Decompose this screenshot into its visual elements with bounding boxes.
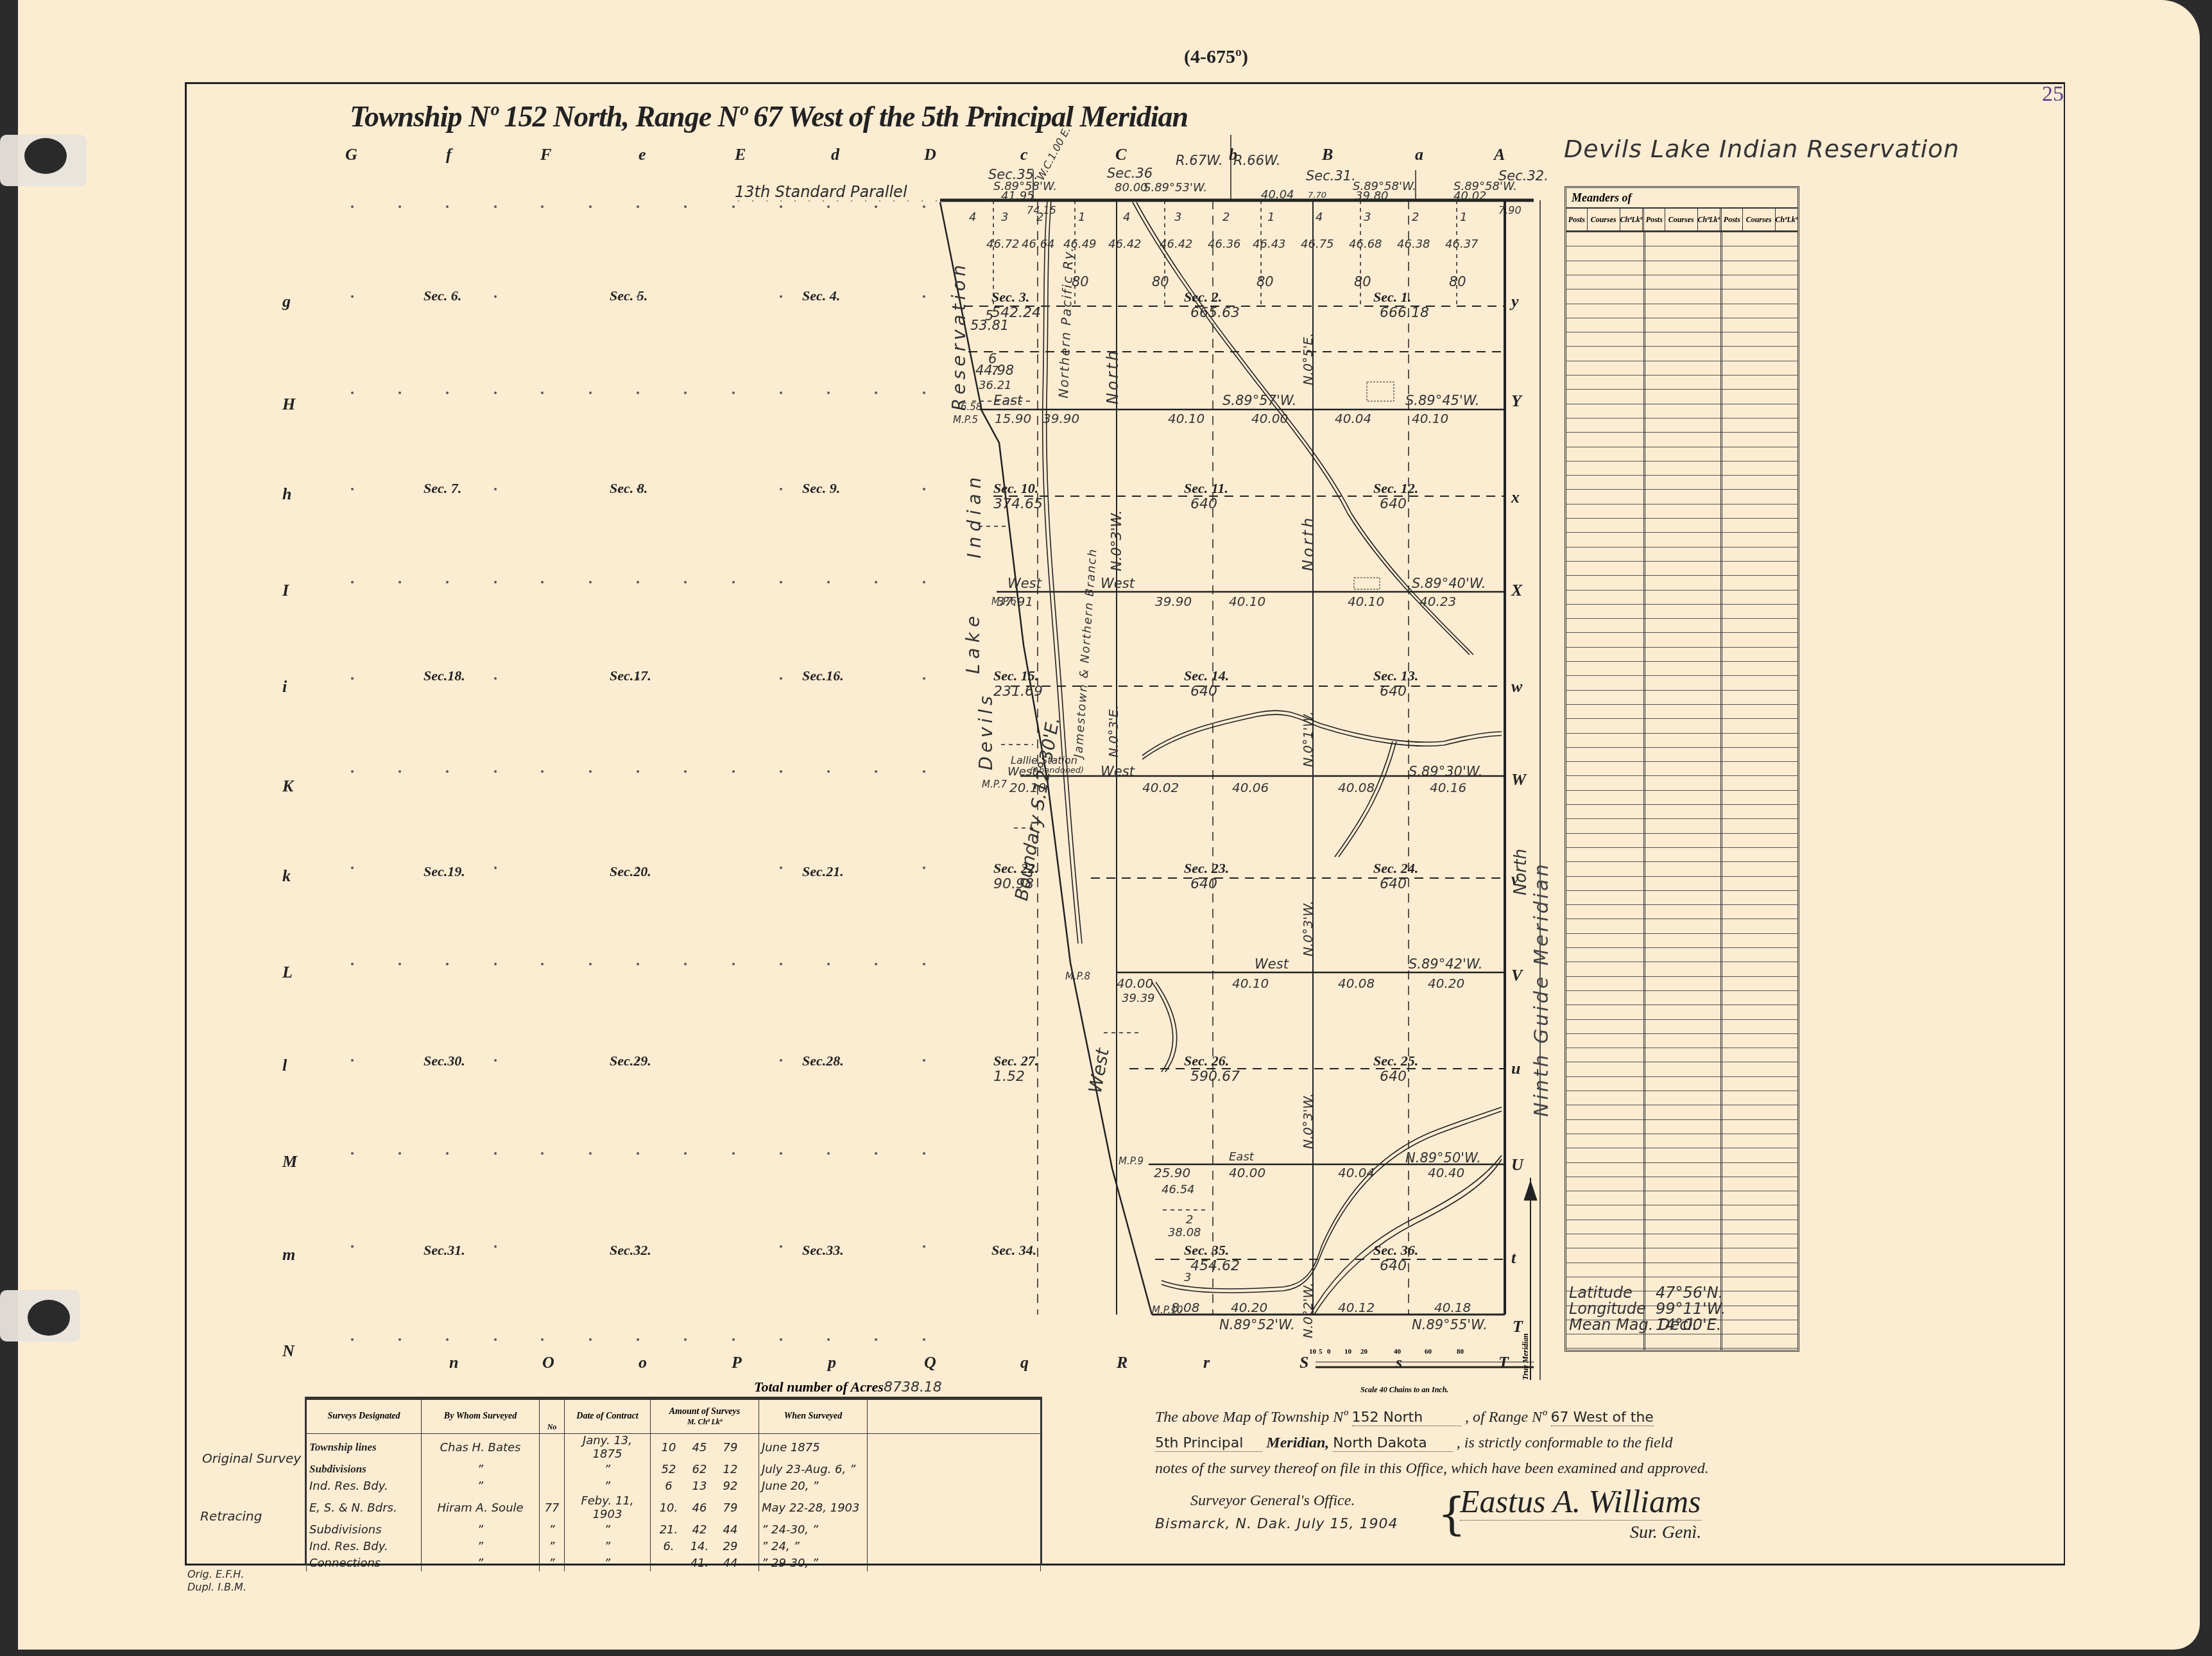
meanders-row-line (1566, 1148, 1797, 1148)
meanders-row-line (1566, 1205, 1797, 1205)
section-label: Sec. 23. (1184, 860, 1229, 877)
meanders-row-line (1566, 575, 1797, 576)
section-label: Sec.32. (610, 1242, 651, 1259)
distance-label: 40.10 (1168, 411, 1205, 426)
north-label-1: North (1104, 349, 1122, 404)
standard-parallel-label: 13th Standard Parallel (735, 183, 907, 201)
certificate-line-3: notes of the survey thereof on file in t… (1155, 1460, 1709, 1478)
meanders-row-line (1566, 1062, 1797, 1062)
line-y-bearing-right: S.89°45'W. (1405, 393, 1479, 408)
meanders-col-header: Posts (1566, 209, 1588, 230)
section-label: Sec. 14. (1184, 668, 1229, 684)
amount-ch: 14. (684, 1540, 715, 1553)
amount-ch: 62 (684, 1463, 715, 1476)
n03w-label-2: N.0°3'W. (1300, 901, 1316, 956)
n03e-label: N.0°3'E. (1106, 705, 1121, 757)
lot-acres: 46.42 (1108, 237, 1142, 251)
amount-sublabel: M. Chª Lkª (653, 1417, 756, 1427)
retracing-label: Retracing (200, 1508, 262, 1524)
section-acres: 665.63 (1190, 305, 1240, 321)
amount-m: 6 (653, 1479, 684, 1493)
lot-number: 4 (1316, 211, 1323, 224)
amount-m: 21. (653, 1523, 684, 1537)
meanders-divider (1720, 232, 1722, 1350)
lot5-acres: 53.81 (970, 318, 1009, 333)
survey-when: ” 24-30, ” (759, 1521, 868, 1538)
survey-designated: Connections (307, 1555, 422, 1571)
meanders-col-header: Posts (1722, 209, 1743, 230)
meanders-col-header: Courses (1665, 209, 1698, 230)
survey-when: June 20, ” (759, 1478, 868, 1494)
meanders-col-header: Posts (1644, 209, 1665, 230)
meanders-row-line (1566, 418, 1797, 418)
survey-by: ” (422, 1521, 540, 1538)
meanders-row-line (1566, 1134, 1797, 1134)
section-label: Sec.19. (424, 863, 465, 880)
meanders-title: Meanders of (1566, 188, 1797, 209)
sec35-lot2: 2 (1186, 1213, 1193, 1227)
survey-by: ” (422, 1461, 540, 1478)
range-66w-label: R.66W. (1233, 153, 1281, 168)
meanders-table: Meanders of PostsCoursesChªLkªPostsCours… (1565, 186, 1799, 1352)
scale-tick: 0 (1327, 1348, 1331, 1356)
dist-4: 39.80 (1355, 189, 1389, 203)
meanders-row-line (1566, 504, 1797, 505)
corner-dist-right: 7.90 (1498, 204, 1522, 216)
section-label: Sec. 26. (1184, 1053, 1229, 1069)
meanders-row-line (1566, 861, 1797, 862)
survey-date: Jany. 13, 1875 (565, 1434, 651, 1462)
lot-number: 2 (1222, 211, 1230, 224)
distance-label: 40.04 (1338, 1165, 1375, 1180)
section-label: Sec. 36. (1373, 1242, 1418, 1259)
section-label: Sec. 4. (802, 288, 840, 304)
survey-no (540, 1461, 565, 1478)
meanders-row-line (1566, 432, 1797, 433)
amount-lk: 44 (715, 1523, 746, 1537)
section-label: Sec. 6. (424, 288, 461, 304)
lot-acres: 46.75 (1301, 237, 1334, 251)
meanders-row-line (1566, 804, 1797, 805)
north-label-2: North (1299, 515, 1317, 571)
section-acres: 640 (1190, 496, 1217, 512)
surveyor-general-title: Sur. Genì. (1630, 1522, 1701, 1543)
original-survey-label: Original Survey (202, 1451, 301, 1466)
meanders-row-line (1566, 704, 1797, 705)
meanders-row-line (1566, 346, 1797, 347)
survey-amount: 41.44 (651, 1555, 759, 1571)
lot-acres: 46.68 (1349, 237, 1382, 251)
sec36-top-label: Sec.36 (1107, 166, 1153, 181)
dist-3: 40.04 (1261, 188, 1294, 202)
meanders-row-line (1566, 976, 1797, 977)
meanders-row-line (1566, 933, 1797, 934)
meanders-row-line (1566, 604, 1797, 605)
distance-label: 39.90 (1155, 594, 1192, 609)
section-label: Sec.18. (424, 668, 465, 684)
meanders-row-line (1566, 962, 1797, 962)
lot7-acres: 36.21 (979, 379, 1012, 392)
meanders-row-line (1566, 1334, 1797, 1334)
survey-date: ” (565, 1461, 651, 1478)
section-label: Sec. 24. (1373, 860, 1418, 877)
section-acres: 231.69 (993, 684, 1043, 700)
survey-designated: Ind. Res. Bdy. (307, 1478, 422, 1494)
distance-label: 37.91 (997, 594, 1033, 609)
distance-label: 40.20 (1231, 1300, 1267, 1315)
section-acres: 640 (1190, 876, 1217, 892)
meanders-divider (1643, 232, 1645, 1350)
section-label: Sec. 2. (1184, 289, 1222, 306)
lot-number: 3 (1001, 211, 1008, 224)
true-meridian-label: True Meridian (1521, 1333, 1530, 1380)
meanders-row-line (1566, 1005, 1797, 1005)
lot-acres: 46.38 (1397, 237, 1430, 251)
amount-m: 10. (653, 1501, 684, 1515)
survey-no: ” (540, 1555, 565, 1571)
section-label: Sec.33. (802, 1242, 844, 1259)
line-s-bearing-left: N.89°52'W. (1219, 1317, 1295, 1333)
header-surveys-designated: Surveys Designated (307, 1400, 422, 1434)
line-u-bearing: N.89°50'W. (1405, 1150, 1481, 1166)
meanders-row-line (1566, 990, 1797, 991)
line-u-mp: M.P.9 (1119, 1155, 1144, 1167)
eighty-acres: 80 (1354, 274, 1371, 289)
eighty-acres: 80 (1256, 274, 1274, 289)
survey-date: ” (565, 1555, 651, 1571)
section-label: Sec. 10. (993, 480, 1038, 497)
distance-label: 39.90 (1043, 411, 1079, 426)
header-amount: Amount of SurveysM. Chª Lkª (651, 1400, 759, 1434)
survey-by: ” (422, 1538, 540, 1555)
longitude-label: Longitude (1569, 1300, 1646, 1318)
amount-ch: 13 (684, 1479, 715, 1493)
section-acres: 640 (1380, 1258, 1407, 1274)
meanders-row-line (1566, 876, 1797, 877)
header-when-surveyed: When Surveyed (759, 1400, 868, 1434)
distance-label: 8.08 (1171, 1300, 1200, 1315)
meanders-row-line (1566, 1191, 1797, 1191)
survey-amount: 526212 (651, 1461, 759, 1478)
survey-row: E, S. & N. Bdrs.Hiram A. Soule77Feby. 11… (307, 1494, 1041, 1521)
meanders-row-line (1566, 1048, 1797, 1048)
meanders-col-header: Courses (1743, 209, 1776, 230)
distance-label: 40.23 (1419, 594, 1456, 609)
distance-label: 40.16 (1430, 780, 1466, 795)
meanders-row-line (1566, 246, 1797, 246)
section-label: Sec. 1. (1373, 289, 1411, 306)
meanders-col-header: Courses (1588, 209, 1620, 230)
amount-lk: 29 (715, 1540, 746, 1553)
lot-number: 1 (1460, 211, 1467, 224)
meanders-row-line (1566, 675, 1797, 676)
survey-by: Chas H. Bates (422, 1434, 540, 1462)
sec35-lot3: 3 (1184, 1271, 1191, 1284)
meanders-row-line (1566, 289, 1797, 289)
distance-label: 40.00 (1117, 976, 1153, 991)
latitude-value: 47°56'N. (1656, 1284, 1723, 1302)
survey-when: ” 29-30, ” (759, 1555, 868, 1571)
sec35-lot2-acres: 38.08 (1168, 1226, 1201, 1239)
meanders-row-line (1566, 404, 1797, 404)
amount-lk: 79 (715, 1501, 746, 1515)
section-label: Sec. 5. (610, 288, 647, 304)
lot-acres: 46.72 (986, 237, 1020, 251)
dist-1: 41.95 (1001, 189, 1034, 203)
meanders-row-line (1566, 447, 1797, 447)
meanders-row-line (1566, 1162, 1797, 1163)
survey-no: 77 (540, 1494, 565, 1521)
survey-row: Ind. Res. Bdy.””61392June 20, ” (307, 1478, 1041, 1494)
survey-by: Hiram A. Soule (422, 1494, 540, 1521)
section-label: Sec.16. (802, 668, 844, 684)
line-s-bearing-right: N.89°55'W. (1412, 1317, 1488, 1333)
meanders-row-line (1566, 775, 1797, 776)
section-label: Sec. 11. (1184, 480, 1228, 497)
meanders-col-header: ChªLkª (1776, 209, 1797, 230)
devils-vertical-label: Devils (975, 692, 997, 770)
cert-range-fill: 67 West of the (1551, 1410, 1654, 1426)
meanders-row-line (1566, 1234, 1797, 1234)
meanders-row-line (1566, 1033, 1797, 1034)
surveys-table: Surveys Designated By Whom Surveyed No D… (305, 1397, 1042, 1565)
meanders-row-line (1566, 1277, 1797, 1277)
survey-blank (868, 1461, 1041, 1478)
guide-north-label: North (1511, 849, 1530, 895)
meanders-row-line (1566, 332, 1797, 332)
meanders-row-line (1566, 518, 1797, 519)
survey-amount: 61392 (651, 1478, 759, 1494)
certificate-line-1: The above Map of Township Nº 152 North ,… (1155, 1409, 1654, 1426)
survey-when: June 1875 (759, 1434, 868, 1462)
orig-initials: Orig. E.F.H. (187, 1568, 244, 1580)
cert-township-fill: 152 North (1352, 1410, 1462, 1426)
survey-amount: 6.14.29 (651, 1538, 759, 1555)
survey-designated: E, S. & N. Bdrs. (307, 1494, 422, 1521)
amount-ch: 41. (684, 1557, 715, 1570)
longitude-value: 99°11'W. (1656, 1300, 1726, 1318)
line-w-mp: M.P.7 (982, 779, 1007, 790)
survey-blank (868, 1538, 1041, 1555)
section-label: Sec.21. (802, 863, 844, 880)
meanders-row-line (1566, 890, 1797, 891)
meanders-body (1566, 232, 1797, 1350)
total-acres-label: Total number of Acres8738.18 (754, 1379, 942, 1395)
section-label: Sec. 35. (1184, 1242, 1229, 1259)
meanders-row-line (1566, 790, 1797, 791)
section-acres: 640 (1190, 684, 1217, 700)
survey-no (540, 1434, 565, 1462)
meanders-row-line (1566, 1263, 1797, 1263)
line-v-west: West (1255, 956, 1289, 972)
section-label: Sec.28. (802, 1053, 844, 1069)
meanders-col-group: PostsCoursesChªLkª (1722, 209, 1797, 230)
n02w-label: N.0°2'W. (1300, 1282, 1316, 1338)
meanders-row-line (1566, 590, 1797, 591)
meanders-row-line (1566, 1220, 1797, 1220)
lot-acres: 46.42 (1160, 237, 1193, 251)
meanders-row-line (1566, 275, 1797, 275)
scale-tick: 80 (1457, 1348, 1464, 1356)
range-67w-label: R.67W. (1176, 153, 1223, 168)
eighty-acres: 80 (1152, 274, 1169, 289)
sec31-top-label: Sec.31. (1306, 168, 1356, 184)
scale-label: Scale 40 Chains to an Inch. (1360, 1385, 1448, 1395)
distance-label: 40.12 (1338, 1300, 1375, 1315)
section-acres: 640 (1380, 876, 1407, 892)
section-label: Sec. 13. (1373, 668, 1418, 684)
meanders-row-line (1566, 1105, 1797, 1105)
section-label: Sec.29. (610, 1053, 651, 1069)
distance-label: 40.04 (1335, 411, 1371, 426)
survey-blank (868, 1521, 1041, 1538)
total-acres-text: Total number of Acres (754, 1379, 884, 1395)
distance-label: 40.08 (1338, 780, 1375, 795)
section-acres: 666.18 (1380, 305, 1429, 321)
lot-number: 2 (1036, 211, 1043, 224)
section-acres: 590.67 (1190, 1069, 1240, 1085)
line-u-east: East (1229, 1150, 1254, 1164)
meanders-row-line (1566, 375, 1797, 375)
section-label: Sec.17. (610, 668, 651, 684)
scale-tick: 40 (1394, 1348, 1401, 1356)
section-label: Sec. 27. (993, 1053, 1038, 1069)
section-acres: 640 (1380, 684, 1407, 700)
section-acres: 640 (1380, 496, 1407, 512)
survey-when: July 23-Aug. 6, ” (759, 1461, 868, 1478)
lot-acres: 46.37 (1445, 237, 1479, 251)
meanders-row-line (1566, 1019, 1797, 1020)
distance-label: 40.40 (1428, 1165, 1464, 1180)
surveyor-office: Surveyor General's Office. (1190, 1492, 1355, 1510)
survey-designated: Subdivisions (307, 1521, 422, 1538)
meanders-row-line (1566, 661, 1797, 662)
bearing-2: S.89°53'W. (1144, 181, 1207, 194)
scale-tick: 60 (1425, 1348, 1432, 1356)
eighty-acres: 80 (1449, 274, 1466, 289)
indian-vertical-label: Indian (964, 472, 985, 558)
meanders-row-line (1566, 547, 1797, 548)
distance-label: 40.20 (1428, 976, 1464, 991)
reservation-vertical-label: Reservation (948, 261, 970, 411)
lot-number: 1 (1267, 211, 1274, 224)
lot7-label: 7 (991, 364, 999, 377)
survey-when: May 22-28, 1903 (759, 1494, 868, 1521)
survey-blank (868, 1555, 1041, 1571)
meanders-row-line (1566, 718, 1797, 719)
amount-ch: 45 (684, 1441, 715, 1454)
survey-no: ” (540, 1521, 565, 1538)
meanders-row-line (1566, 1177, 1797, 1177)
survey-date: ” (565, 1538, 651, 1555)
dist-5: 40.02 (1453, 189, 1487, 203)
survey-blank (868, 1478, 1041, 1494)
lot-acres: 46.64 (1022, 237, 1055, 251)
lot-acres: 46.36 (1208, 237, 1241, 251)
lot-number: 2 (1412, 211, 1419, 224)
survey-by: ” (422, 1478, 540, 1494)
meanders-row-line (1566, 690, 1797, 691)
meanders-row-line (1566, 1348, 1797, 1349)
meanders-row-line (1566, 561, 1797, 562)
amount-lk: 44 (715, 1557, 746, 1570)
meanders-row-line (1566, 1119, 1797, 1120)
meanders-row-line (1566, 232, 1797, 232)
meanders-row-line (1566, 318, 1797, 318)
declination-value: 14°00'E. (1656, 1316, 1721, 1334)
survey-amount: 21.4244 (651, 1521, 759, 1538)
section-label: Sec. 3. (991, 289, 1029, 306)
survey-date: Feby. 11, 1903 (565, 1494, 651, 1521)
survey-date: ” (565, 1521, 651, 1538)
survey-blank (868, 1434, 1041, 1462)
section-label: Sec.30. (424, 1053, 465, 1069)
section-acres: 640 (1380, 1069, 1407, 1085)
lake-vertical-label: Lake (963, 611, 984, 674)
dist-3b: 7.70 (1308, 191, 1326, 200)
total-acres-value: 8738.18 (884, 1379, 942, 1395)
meanders-row-line (1566, 361, 1797, 361)
distance-label: 40.00 (1251, 411, 1288, 426)
lot-number: 3 (1364, 211, 1371, 224)
meanders-row-line (1566, 489, 1797, 490)
section-acres: 1.52 (993, 1069, 1025, 1085)
section-label: Sec. 9. (802, 480, 840, 497)
meanders-row-line (1566, 475, 1797, 476)
line-x-bearing: S.89°40'W. (1412, 576, 1486, 591)
distance-label: 15.90 (995, 411, 1031, 426)
survey-blank (868, 1494, 1041, 1521)
cert-text-2a: Meridian, (1266, 1435, 1329, 1451)
lot-number: 1 (1078, 211, 1085, 224)
meanders-col-group: PostsCoursesChªLkª (1566, 209, 1644, 230)
line-w-bearing: S.89°30'W. (1409, 764, 1482, 779)
distance-label: 40.00 (1229, 1165, 1265, 1180)
meanders-row-line (1566, 818, 1797, 819)
contract-no-label: No (547, 1422, 557, 1431)
meanders-row-line (1566, 1091, 1797, 1091)
section-acres: 454.62 (1190, 1258, 1240, 1274)
lot-number: 4 (969, 211, 976, 224)
distance-label: 40.08 (1338, 976, 1375, 991)
scale-tick: 10 (1309, 1348, 1316, 1356)
survey-row: Township linesChas H. BatesJany. 13, 187… (307, 1434, 1041, 1462)
section-label: Sec.20. (610, 863, 651, 880)
meanders-row-line (1566, 389, 1797, 390)
amount-m: 52 (653, 1463, 684, 1476)
meanders-row-line (1566, 733, 1797, 734)
amount-ch: 42 (684, 1523, 715, 1537)
section-label: Sec. 25. (1373, 1053, 1418, 1069)
lot-number: 3 (1174, 211, 1181, 224)
distance-label: 40.06 (1232, 780, 1269, 795)
header-by-whom: By Whom Surveyed (422, 1400, 540, 1434)
lot-number: 4 (1123, 211, 1130, 224)
distance-label: 40.10 (1229, 594, 1265, 609)
survey-no (540, 1478, 565, 1494)
meanders-row-line (1566, 1248, 1797, 1248)
amount-m: 10 (653, 1441, 684, 1454)
line-y-east: East (993, 393, 1022, 408)
survey-date: ” (565, 1478, 651, 1494)
distance-label: 25.90 (1154, 1165, 1190, 1180)
header-date-of-contract: Date of Contract (565, 1400, 651, 1434)
cert-meridian-fill: 5th Principal (1155, 1435, 1262, 1452)
amount-ch: 46 (684, 1501, 715, 1515)
survey-designated: Subdivisions (307, 1461, 422, 1478)
scale-tick: 20 (1360, 1348, 1367, 1356)
line-v-mp: M.P.8 (1065, 970, 1090, 982)
